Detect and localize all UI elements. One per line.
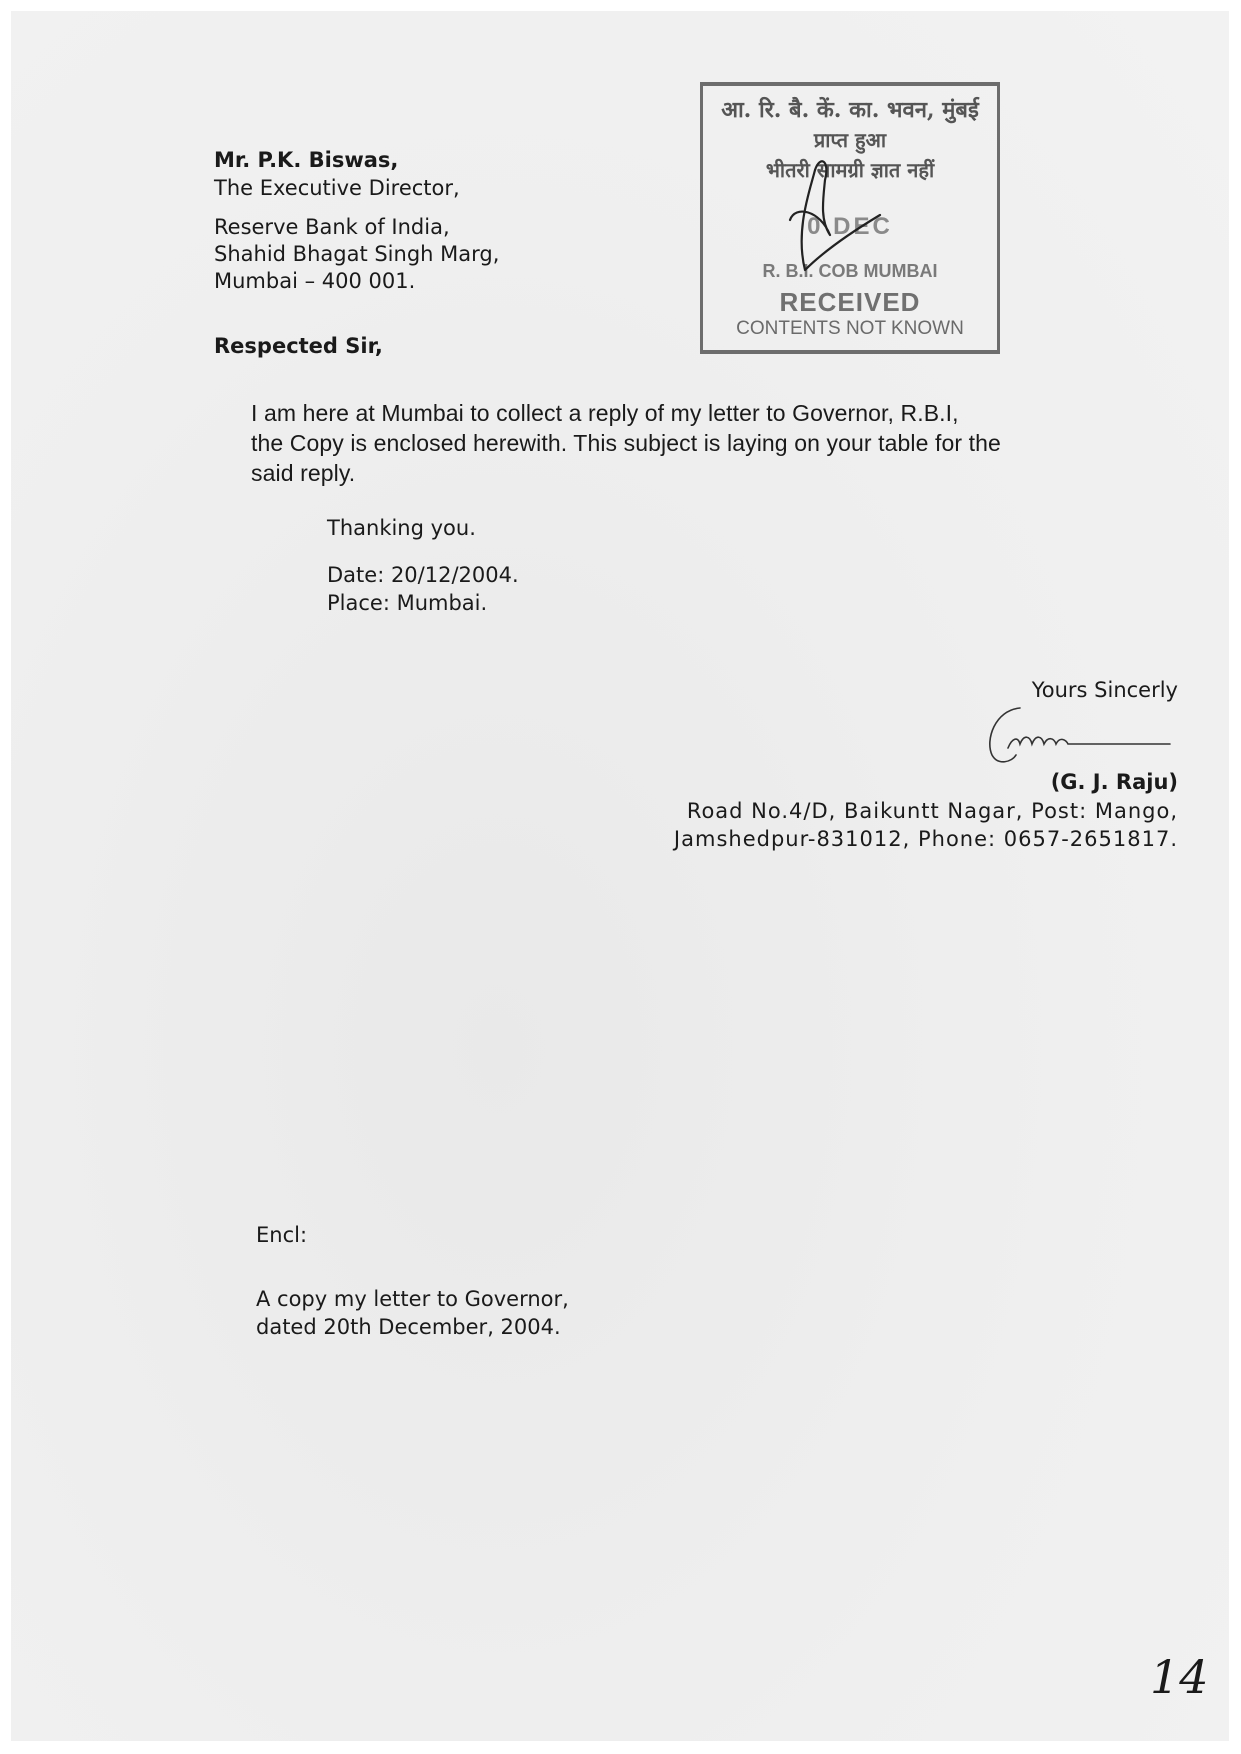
stamp-hindi-office: आ. रि. बै. कें. का. भवन, मुंबई	[703, 94, 997, 124]
recipient-name: Mr. P.K. Biswas,	[214, 147, 398, 174]
letter-page	[11, 11, 1229, 1741]
place-line: Place: Mumbai.	[327, 590, 487, 617]
page-number: 14	[1150, 1650, 1209, 1704]
body-line-2: the Copy is enclosed herewith. This subj…	[251, 428, 1001, 459]
recipient-org: Reserve Bank of India,	[214, 214, 450, 241]
recipient-title: The Executive Director,	[214, 175, 460, 202]
salutation: Respected Sir,	[214, 333, 383, 360]
body-line-1: I am here at Mumbai to collect a reply o…	[251, 398, 959, 429]
stamp-hindi-received: प्राप्त हुआ	[703, 126, 997, 153]
stamp-note: CONTENTS NOT KNOWN	[703, 318, 997, 340]
handwritten-signature	[980, 700, 1180, 770]
sender-address-line-2: Jamshedpur-831012, Phone: 0657-2651817.	[674, 826, 1178, 853]
enclosure-line-2: dated 20th December, 2004.	[256, 1314, 561, 1341]
recipient-street: Shahid Bhagat Singh Marg,	[214, 241, 499, 268]
stamp-initials-signature	[775, 150, 895, 290]
sender-name: (G. J. Raju)	[1051, 769, 1178, 796]
sender-address-line-1: Road No.4/D, Baikuntt Nagar, Post: Mango…	[687, 798, 1178, 825]
enclosure-label: Encl:	[256, 1222, 307, 1249]
body-line-3: said reply.	[251, 458, 355, 489]
stamp-status: RECEIVED	[703, 287, 997, 318]
recipient-city: Mumbai – 400 001.	[214, 268, 415, 295]
date-line: Date: 20/12/2004.	[327, 562, 519, 589]
thanks-line: Thanking you.	[327, 515, 476, 542]
enclosure-line-1: A copy my letter to Governor,	[256, 1286, 569, 1313]
